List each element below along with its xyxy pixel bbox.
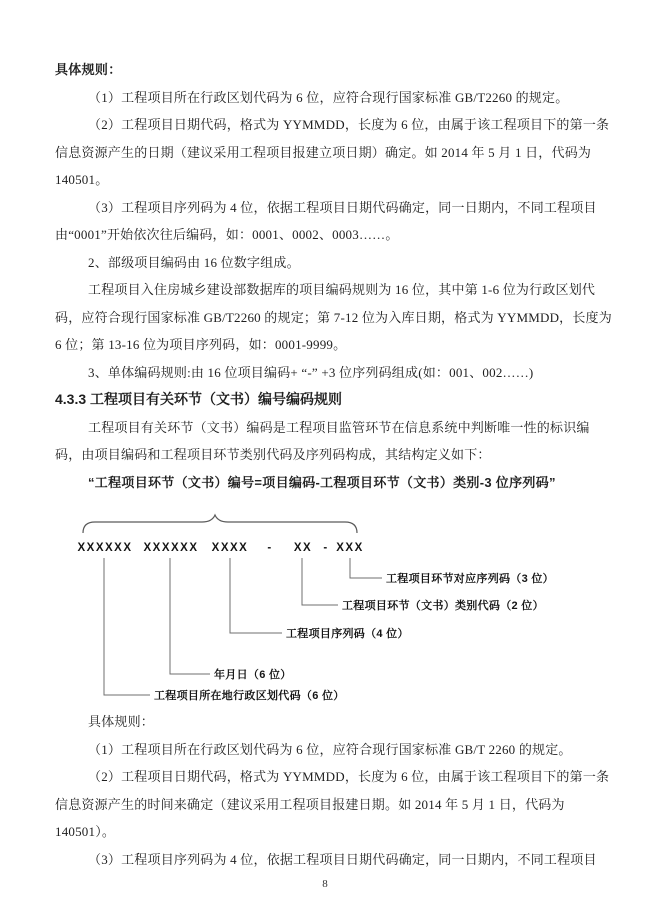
- bottom-rule-3-line-1: （3）工程项目序列码为 4 位，依据工程项目日期代码确定，同一日期内，不同工程项…: [55, 846, 595, 874]
- connector-serial3: [350, 558, 382, 578]
- code-dash-2: -: [323, 542, 328, 554]
- section-intro-line-2: 码，由项目编码和工程项目环节类别代码及序列码构成，其结构定义如下：: [55, 441, 595, 469]
- top-rule-2-line-1: （2）工程项目日期代码，格式为 YYMMDD，长度为 6 位，由属于该工程项目下…: [55, 111, 595, 139]
- bottom-rule-2-line-3: 140501）。: [55, 818, 595, 846]
- diagram-label-admin6: 工程项目所在地行政区划代码（6 位）: [154, 688, 345, 702]
- diagram-label-category2: 工程项目环节（文书）类别代码（2 位）: [342, 598, 544, 612]
- connector-serial4: [230, 558, 282, 633]
- section-heading-4-3-3: 4.3.3 工程项目有关环节（文书）编号编码规则: [55, 386, 595, 414]
- bottom-rule-2-line-2: 信息资源产生的时间来确定（建议采用工程项目报建日期。如 2014 年 5 月 1…: [55, 791, 595, 819]
- top-rule-2-line-3: 140501。: [55, 166, 595, 194]
- overbrace: [83, 515, 357, 533]
- ministry-db-para-line-2: 码，应符合现行国家标准 GB/T2260 的规定；第 7-12 位为入库日期，格…: [55, 304, 595, 332]
- item-2-ministry-coding: 2、部级项目编码由 16 位数字组成。: [55, 249, 595, 277]
- top-rule-3-line-2: 由“0001”开始依次往后编码，如：0001、0002、0003……。: [55, 221, 595, 249]
- connector-date: [170, 558, 210, 674]
- top-rule-3-line-1: （3）工程项目序列码为 4 位，依据工程项目日期代码确定，同一日期内，不同工程项…: [55, 194, 595, 222]
- bottom-rule-2-line-1: （2）工程项目日期代码，格式为 YYMMDD，长度为 6 位，由属于该工程项目下…: [55, 763, 595, 791]
- connector-category: [302, 558, 338, 605]
- diagram-label-serial4: 工程项目序列码（4 位）: [286, 626, 409, 640]
- connector-admin-div: [104, 558, 150, 695]
- top-rule-1: （1）工程项目所在行政区划代码为 6 位，应符合现行国家标准 GB/T2260 …: [55, 84, 595, 112]
- bottom-rule-1: （1）工程项目所在行政区划代码为 6 位，应符合现行国家标准 GB/T 2260…: [55, 736, 595, 764]
- code-structure-diagram: XXXXXX XXXXXX XXXX - XX - XXX 工程项目环节对应序列…: [55, 496, 595, 708]
- top-rule-2-line-2: 信息资源产生的日期（建议采用工程项目报建立项日期）确定。如 2014 年 5 月…: [55, 139, 595, 167]
- code-formula: “工程项目环节（文书）编号=项目编码-工程项目环节（文书）类别-3 位序列码”: [55, 469, 595, 497]
- bottom-rules-title: 具体规则：: [55, 708, 595, 736]
- code-segment-serial4: XXXX: [212, 542, 249, 554]
- section-intro-line-1: 工程项目有关环节（文书）编码是工程项目监管环节在信息系统中判断唯一性的标识编: [55, 414, 595, 442]
- ministry-db-para-line-1: 工程项目入住房城乡建设部数据库的项目编码规则为 16 位，其中第 1-6 位为行…: [55, 276, 595, 304]
- code-segment-admin: XXXXXX: [77, 542, 132, 554]
- code-dash-1: -: [267, 542, 272, 554]
- page-number: 8: [55, 877, 595, 891]
- top-rules-title: 具体规则：: [55, 56, 595, 84]
- code-segment-date: XXXXXX: [143, 542, 198, 554]
- diagram-label-date6: 年月日（6 位）: [214, 667, 292, 681]
- document-page: 具体规则： （1）工程项目所在行政区划代码为 6 位，应符合现行国家标准 GB/…: [0, 0, 650, 919]
- ministry-db-para-line-3: 6 位；第 13-16 位为项目序列码，如：0001-9999。: [55, 331, 595, 359]
- code-segment-serial3: XXX: [336, 542, 364, 554]
- diagram-label-serial3: 工程项目环节对应序列码（3 位）: [386, 571, 554, 585]
- code-segment-category: XX: [294, 542, 312, 554]
- item-3-unit-coding: 3、单体编码规则:由 16 位项目编码+ “-” +3 位序列码组成(如：001…: [55, 359, 595, 387]
